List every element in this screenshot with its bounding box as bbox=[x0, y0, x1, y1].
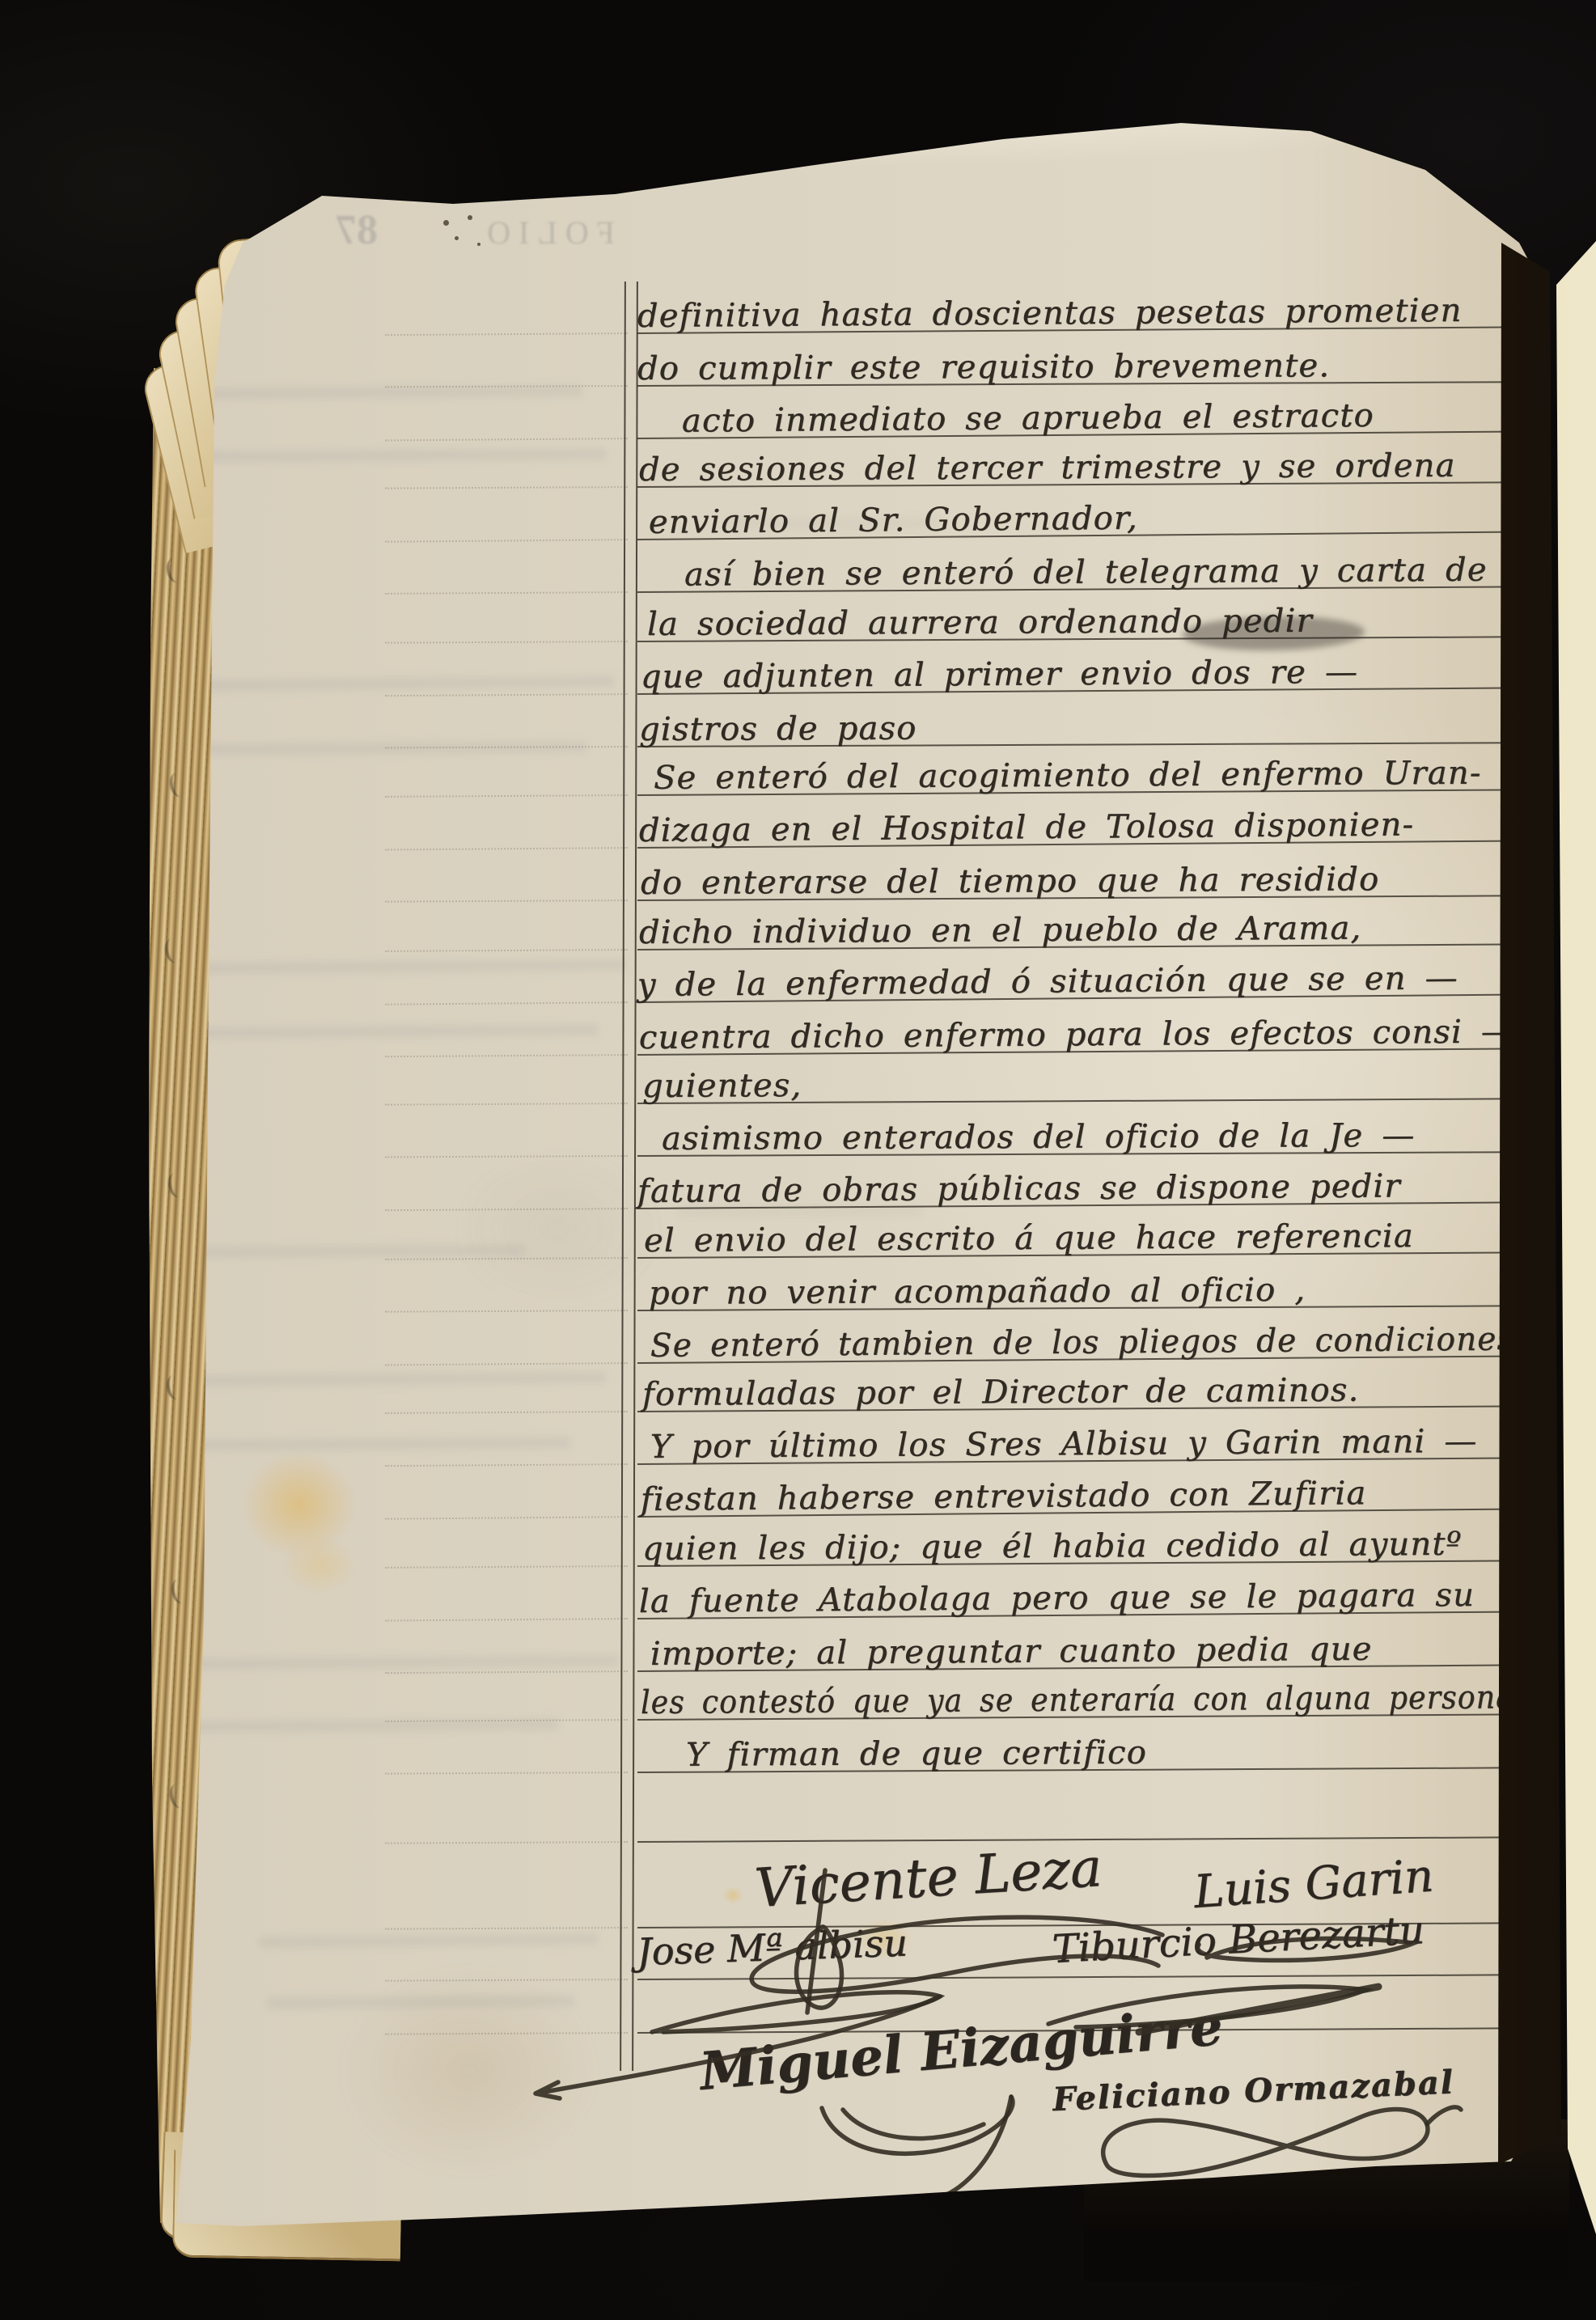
handwritten-text: quien les dijo; que él habia cedido al a… bbox=[642, 1527, 1463, 1564]
manuscript-line: asimismo enterados del oficio de la Je — bbox=[637, 1101, 1519, 1157]
bleedthrough-smudge bbox=[186, 1372, 607, 1387]
handwritten-text: fatura de obras públicas se dispone pedi… bbox=[637, 1170, 1401, 1208]
manuscript-line: do enterarse del tiempo que ha residido bbox=[637, 845, 1519, 901]
ruled-line bbox=[637, 1786, 1519, 1843]
manuscript-line: por no venir acompañado al oficio , bbox=[637, 1255, 1519, 1311]
ink-speck bbox=[477, 243, 480, 246]
ink-speck bbox=[455, 236, 459, 240]
manuscript-line: enviarlo al Sr. Gobernador, bbox=[637, 481, 1519, 540]
margin-rule bbox=[620, 282, 638, 2071]
handwritten-text: acto inmediato se aprueba el estracto bbox=[682, 399, 1374, 437]
manuscript-line: que adjunten al primer envio dos re — bbox=[637, 637, 1519, 695]
manuscript-line: Y por último los Sres Albisu y Garin man… bbox=[637, 1407, 1519, 1465]
manuscript-line: la fuente Atabolaga pero que se le pagar… bbox=[637, 1560, 1518, 1619]
bleedthrough-smudge bbox=[190, 959, 627, 975]
ink-speck bbox=[468, 215, 472, 220]
manuscript-line: quien les dijo; que él habia cedido al a… bbox=[637, 1509, 1519, 1567]
bleedthrough-smudge bbox=[194, 1024, 599, 1039]
manuscript-line: la sociedad aurrera ordenando pedir bbox=[637, 586, 1519, 642]
manuscript-page: FOLIO 87 definitiva hasta dosci bbox=[0, 0, 1596, 2320]
handwritten-text: guientes, bbox=[642, 1069, 802, 1103]
handwritten-text: Y firman de que certifico bbox=[686, 1737, 1147, 1772]
handwritten-text: asimismo enterados del oficio de la Je — bbox=[662, 1120, 1416, 1155]
paper-stain bbox=[283, 1537, 356, 1594]
manuscript-line: dicho individuo en el pueblo de Arama, bbox=[637, 893, 1519, 950]
handwritten-text: que adjunten al primer envio dos re — bbox=[641, 655, 1358, 692]
handwritten-text: así bien se enteró del telegrama y carta… bbox=[684, 554, 1488, 591]
manuscript-line: acto inmediato se aprueba el estracto bbox=[637, 380, 1518, 439]
handwritten-text: dicho individuo en el pueblo de Arama, bbox=[639, 912, 1362, 948]
manuscript-line: guientes, bbox=[637, 1048, 1519, 1104]
handwritten-text: y de la enfermedad ó situación que se en… bbox=[637, 962, 1458, 1001]
manuscript-line: así bien se enteró del telegrama y carta… bbox=[637, 536, 1519, 593]
handwritten-text: do cumplir este requisito brevemente. bbox=[637, 349, 1330, 385]
manuscript-line: gistros de paso bbox=[637, 692, 1519, 747]
manuscript-line: cuentra dicho enfermo para los efectos c… bbox=[637, 997, 1519, 1056]
manuscript-line: les contestó que ya se enteraría con alg… bbox=[637, 1663, 1519, 1721]
manuscript-line: definitiva hasta doscientas pesetas prom… bbox=[637, 276, 1519, 334]
folio-ghost: FOLIO 87 bbox=[336, 206, 615, 254]
manuscript-line: dizaga en el Hospital de Tolosa disponie… bbox=[637, 790, 1518, 849]
handwritten-text: Se enteró del acogimiento del enfermo Ur… bbox=[654, 757, 1482, 794]
folio-ghost-number: 87 bbox=[336, 206, 378, 254]
bleedthrough-smudge bbox=[202, 448, 607, 462]
handwritten-text: Y por último los Sres Albisu y Garin man… bbox=[650, 1425, 1478, 1463]
manuscript-line: de sesiones del tercer trimestre y se or… bbox=[637, 431, 1519, 488]
bleedthrough-smudge bbox=[194, 675, 615, 691]
ink-speck bbox=[443, 220, 449, 226]
handwritten-text: dizaga en el Hospital de Tolosa disponie… bbox=[639, 808, 1415, 847]
manuscript-line: do cumplir este requisito brevemente. bbox=[637, 331, 1519, 387]
handwritten-text: por no venir acompañado al oficio , bbox=[649, 1273, 1306, 1309]
manuscript-line: Se enteró tambien de los pliegos de cond… bbox=[637, 1305, 1518, 1364]
folio-ghost-word: FOLIO bbox=[479, 214, 615, 252]
handwritten-text: enviarlo al Sr. Gobernador, bbox=[649, 502, 1138, 539]
bleedthrough-smudge bbox=[259, 1933, 599, 1948]
handwritten-text: el envio del escrito á que hace referenc… bbox=[644, 1220, 1414, 1257]
handwritten-text: definitiva hasta doscientas pesetas prom… bbox=[637, 294, 1463, 332]
manuscript-photo-scene: FOLIO 87 definitiva hasta dosci bbox=[0, 0, 1596, 2320]
signature-jose-albisu: Jose Mª albisu bbox=[636, 1924, 908, 1971]
handwritten-text: les contestó que ya se enteraría con alg… bbox=[641, 1681, 1514, 1719]
manuscript-line: fiestan haberse entrevistado con Zufiria bbox=[637, 1458, 1519, 1518]
bleedthrough-smudge bbox=[182, 1655, 619, 1670]
signature-feliciano-ormazabal: Feliciano Ormazabal bbox=[1052, 2066, 1454, 2116]
handwritten-text: fiestan haberse entrevistado con Zufiria bbox=[641, 1477, 1367, 1516]
manuscript-line: el envio del escrito á que hace referenc… bbox=[637, 1201, 1519, 1259]
paper-stain bbox=[340, 1966, 599, 2176]
handwritten-text: de sesiones del tercer trimestre y se or… bbox=[639, 450, 1456, 486]
bleedthrough-smudge bbox=[190, 1437, 570, 1450]
manuscript-line: Se enteró del acogimiento del enfermo Ur… bbox=[637, 739, 1519, 796]
manuscript-line: importe; al preguntar cuanto pedia que bbox=[637, 1614, 1519, 1672]
handwritten-text: formuladas por el Director de caminos. bbox=[642, 1374, 1360, 1411]
handwritten-text: la fuente Atabolaga pero que se le pagar… bbox=[639, 1578, 1475, 1617]
manuscript-line: formuladas por el Director de caminos. bbox=[637, 1355, 1519, 1412]
manuscript-line: Y firman de que certifico bbox=[637, 1717, 1519, 1773]
handwritten-text: gistros de paso bbox=[639, 712, 917, 745]
manuscript-line: y de la enfermedad ó situación que se en… bbox=[637, 943, 1519, 1003]
manuscript-line: fatura de obras públicas se dispone pedi… bbox=[637, 1151, 1519, 1209]
